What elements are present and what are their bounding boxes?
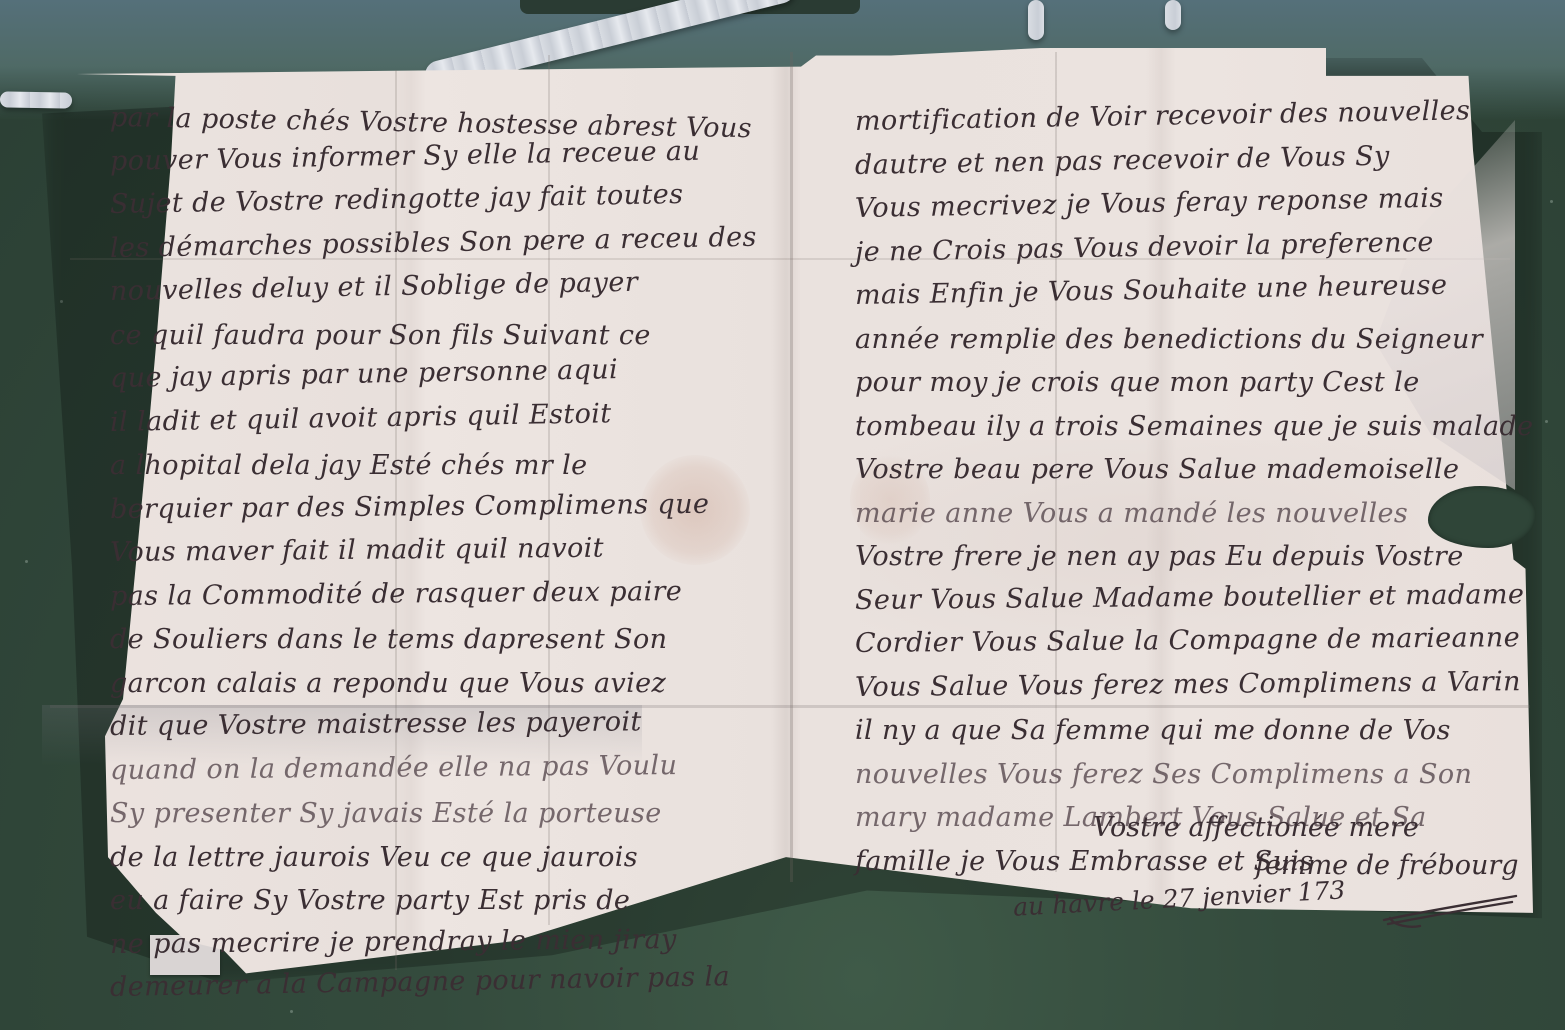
white-cord-left [0, 91, 72, 108]
right-page-text: mortification de Voir recevoir des nouve… [855, 100, 1535, 883]
handwritten-line: de Souliers dans le tems dapresent Son [110, 618, 800, 662]
handwritten-line: Vostre frere je nen ay pas Eu depuis Vos… [855, 535, 1535, 579]
handwritten-line: année remplie des benedictions du Seigne… [855, 318, 1535, 362]
white-cord-strand [1028, 0, 1044, 40]
handwritten-line: pour moy je crois que mon party Cest le [855, 361, 1535, 405]
handwritten-line: Seur Vous Salue Madame boutellier et mad… [855, 573, 1535, 622]
felt-speck [1550, 200, 1553, 203]
handwritten-line: nouvelles Vous ferez Ses Complimens a So… [855, 753, 1535, 797]
signature-flourish [1380, 890, 1520, 930]
handwritten-line: de la lettre jaurois Veu ce que jaurois [110, 836, 800, 880]
handwritten-line: garcon calais a repondu que Vous aviez [110, 662, 800, 706]
felt-speck [290, 1010, 293, 1013]
handwritten-line: Vous maver fait il madit quil navoit [110, 525, 800, 575]
handwritten-line: il ny a que Sa femme qui me donne de Vos [855, 709, 1535, 753]
felt-speck [25, 560, 28, 563]
signature: femme de frébourg [1255, 850, 1519, 881]
handwritten-line: Sy presenter Sy javais Esté la porteuse [110, 792, 800, 836]
white-cord-strand [1165, 0, 1181, 30]
handwritten-line: eu a faire Sy Vostre party Est pris de [110, 879, 800, 923]
handwritten-line: Vostre beau pere Vous Salue mademoiselle [855, 448, 1535, 492]
handwritten-line: tombeau ily a trois Semaines que je suis… [855, 405, 1535, 449]
handwritten-line: pas la Commodité de rasquer deux paire [110, 568, 800, 618]
felt-speck [1545, 420, 1548, 423]
handwritten-line: dit que Vostre maistresse les payeroit [110, 699, 800, 749]
handwritten-line: a lhopital dela jay Esté chés mr le [110, 444, 800, 488]
handwritten-line: marie anne Vous a mandé les nouvelles [855, 492, 1535, 536]
handwritten-line: Cordier Vous Salue la Compagne de mariea… [855, 616, 1535, 665]
left-page-text: par la poste chés Vostre hostesse abrest… [110, 96, 800, 1010]
handwritten-line: berquier par des Simples Complimens que [110, 481, 800, 531]
closing-salutation: Vostre affectionée mere [1093, 812, 1419, 843]
handwritten-line: quand on la demandée elle na pas Voulu [110, 742, 800, 792]
handwritten-line: Vous Salue Vous ferez mes Complimens a V… [855, 660, 1535, 709]
